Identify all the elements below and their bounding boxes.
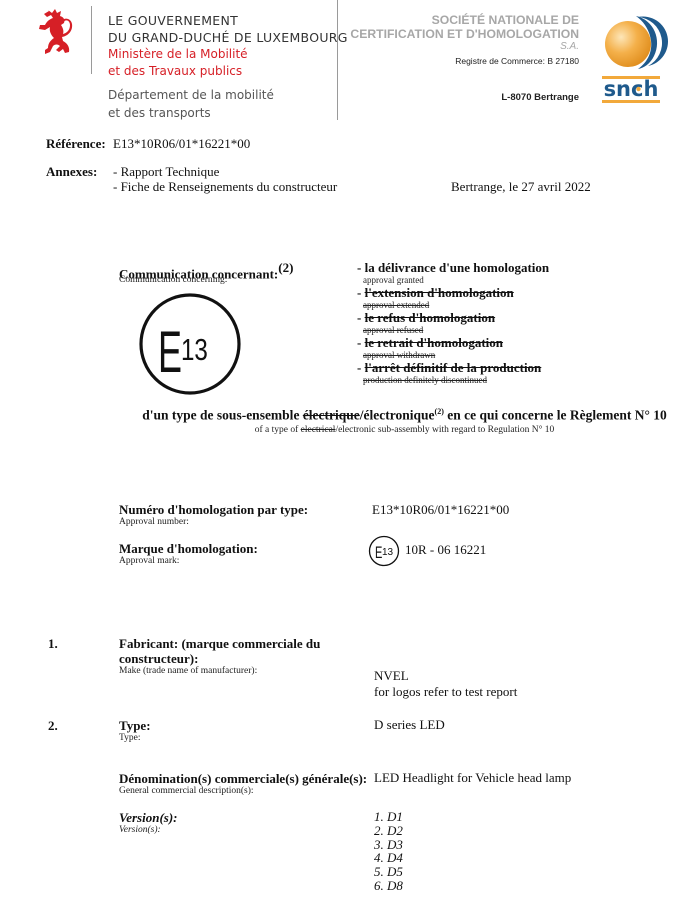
- version-item: 5. D5: [374, 865, 403, 879]
- version-item: 2. D2: [374, 824, 403, 838]
- option-fr: le refus d'homologation: [365, 310, 496, 325]
- luxembourg-lion-logo: [30, 6, 78, 66]
- communication-option: - l'extension d'homologation: [357, 286, 617, 300]
- type-line-fr-struck: électrique: [303, 408, 360, 423]
- approval-mark-value: 10R - 06 16221: [405, 542, 486, 558]
- svg-text:snch: snch: [604, 77, 659, 101]
- annex-item: - Fiche de Renseignements du constructeu…: [113, 179, 337, 195]
- option-fr: le retrait d'homologation: [365, 335, 503, 350]
- manufacturer-value: NVEL for logos refer to test report: [374, 668, 517, 700]
- type-label: Type:: [119, 718, 151, 734]
- type-value: D series LED: [374, 717, 445, 733]
- type-line-en-post: /electronic sub-assembly with regard to …: [335, 425, 554, 435]
- department-line2: et des transports: [108, 104, 348, 122]
- option-en: approval extended: [363, 300, 617, 310]
- annexes-label: Annexes:: [46, 164, 97, 180]
- type-line-fr: d'un type de sous-ensemble électrique/él…: [0, 407, 691, 424]
- annex-item: - Rapport Technique: [113, 164, 219, 180]
- manufacturer-label-line1: Fabricant: (marque commerciale du: [119, 636, 320, 651]
- commercial-description-label-en: General commercial description(s):: [119, 786, 254, 796]
- footnote-ref: (2): [278, 260, 293, 275]
- svg-text:13: 13: [181, 332, 208, 367]
- item-number: 1.: [48, 636, 58, 652]
- option-en: approval refused: [363, 325, 617, 335]
- option-dash: -: [357, 335, 365, 350]
- manufacturer-label-en: Make (trade name of manufacturer):: [119, 666, 257, 676]
- approval-number-label: Numéro d'homologation par type:: [119, 502, 308, 518]
- type-line-en-pre: of a type of: [255, 425, 301, 435]
- option-fr: l'arrêt définitif de la production: [365, 360, 542, 375]
- communication-option: - le retrait d'homologation: [357, 336, 617, 350]
- type-line-en: of a type of electrical/electronic sub-a…: [0, 425, 691, 435]
- ministry-line2: et des Travaux publics: [108, 63, 348, 80]
- header-divider-left: [91, 6, 92, 74]
- version-item: 1. D1: [374, 810, 403, 824]
- communication-option: - la délivrance d'une homologation: [357, 261, 617, 275]
- option-dash: -: [357, 260, 365, 275]
- communication-option: - le refus d'homologation: [357, 311, 617, 325]
- department-line1: Département de la mobilité: [108, 86, 348, 104]
- red-lion-icon: [30, 6, 78, 66]
- government-block: LE GOUVERNEMENT DU GRAND-DUCHÉ DE LUXEMB…: [108, 12, 348, 122]
- approval-mark-label-en: Approval mark:: [119, 556, 179, 566]
- option-en: approval granted: [363, 275, 617, 285]
- footnote-ref: (2): [435, 407, 444, 416]
- type-line-fr-pre: d'un type de sous-ensemble: [142, 408, 303, 423]
- approval-mark-circle: E 13: [368, 535, 400, 567]
- communication-option: - l'arrêt définitif de la production: [357, 361, 617, 375]
- commercial-description-label: Dénomination(s) commerciale(s) générale(…: [119, 771, 367, 787]
- type-line: d'un type de sous-ensemble électrique/él…: [0, 407, 691, 435]
- snch-address: L-8070 Bertrange: [329, 92, 579, 103]
- option-dash: -: [357, 360, 365, 375]
- manufacturer-label-line2: constructeur):: [119, 651, 320, 666]
- version-item: 6. D8: [374, 879, 403, 893]
- snch-title-line2: CERTIFICATION ET D'HOMOLOGATION: [329, 27, 579, 41]
- version-item: 3. D3: [374, 838, 403, 852]
- type-line-fr-post: en ce qui concerne le Règlement N° 10: [444, 408, 667, 423]
- reference-value: E13*10R06/01*16221*00: [113, 136, 250, 152]
- place-date: Bertrange, le 27 avril 2022: [451, 179, 591, 195]
- versions-list: 1. D12. D23. D34. D45. D56. D8: [374, 810, 403, 893]
- versions-label-en: Version(s):: [119, 825, 161, 835]
- snch-registry: Registre de Commerce: B 27180: [329, 56, 579, 66]
- ministry-line1: Ministère de la Mobilité: [108, 46, 348, 63]
- e13-approval-circle: E 13: [138, 292, 242, 396]
- option-fr: la délivrance d'une homologation: [365, 260, 550, 275]
- type-label-en: Type:: [119, 733, 141, 743]
- version-item: 4. D4: [374, 851, 403, 865]
- snch-legal-form: S.A.: [329, 41, 579, 52]
- government-line2: DU GRAND-DUCHÉ DE LUXEMBOURG: [108, 29, 348, 46]
- type-line-en-struck: electrical: [301, 425, 336, 435]
- option-en: approval withdrawn: [363, 350, 617, 360]
- versions-label: Version(s):: [119, 810, 178, 826]
- approval-mark-label: Marque d'homologation:: [119, 541, 258, 557]
- snch-block: SOCIÉTÉ NATIONALE DE CERTIFICATION ET D'…: [329, 13, 579, 103]
- type-line-fr-mid: /électronique: [360, 408, 435, 423]
- snch-sphere-logo: snch: [598, 14, 668, 104]
- reference-label: Référence:: [46, 136, 106, 152]
- option-fr: l'extension d'homologation: [365, 285, 514, 300]
- manufacturer-value-line1: NVEL: [374, 668, 517, 684]
- option-dash: -: [357, 310, 365, 325]
- item-number: 2.: [48, 718, 58, 734]
- approval-number-label-en: Approval number:: [119, 517, 189, 527]
- government-line1: LE GOUVERNEMENT: [108, 12, 348, 29]
- option-dash: -: [357, 285, 365, 300]
- snch-logo: snch: [598, 14, 668, 104]
- option-en: production definitely discontinued: [363, 375, 617, 385]
- approval-number-value: E13*10R06/01*16221*00: [372, 502, 509, 518]
- manufacturer-value-line2: for logos refer to test report: [374, 684, 517, 700]
- snch-title-line1: SOCIÉTÉ NATIONALE DE: [329, 13, 579, 27]
- communication-label-en: Communication concerning:: [119, 275, 227, 285]
- manufacturer-label: Fabricant: (marque commerciale du constr…: [119, 636, 320, 666]
- svg-text:13: 13: [382, 547, 394, 558]
- commercial-description-value: LED Headlight for Vehicle head lamp: [374, 770, 571, 786]
- svg-text:E: E: [158, 320, 182, 385]
- communication-options: - la délivrance d'une homologationapprov…: [357, 261, 617, 386]
